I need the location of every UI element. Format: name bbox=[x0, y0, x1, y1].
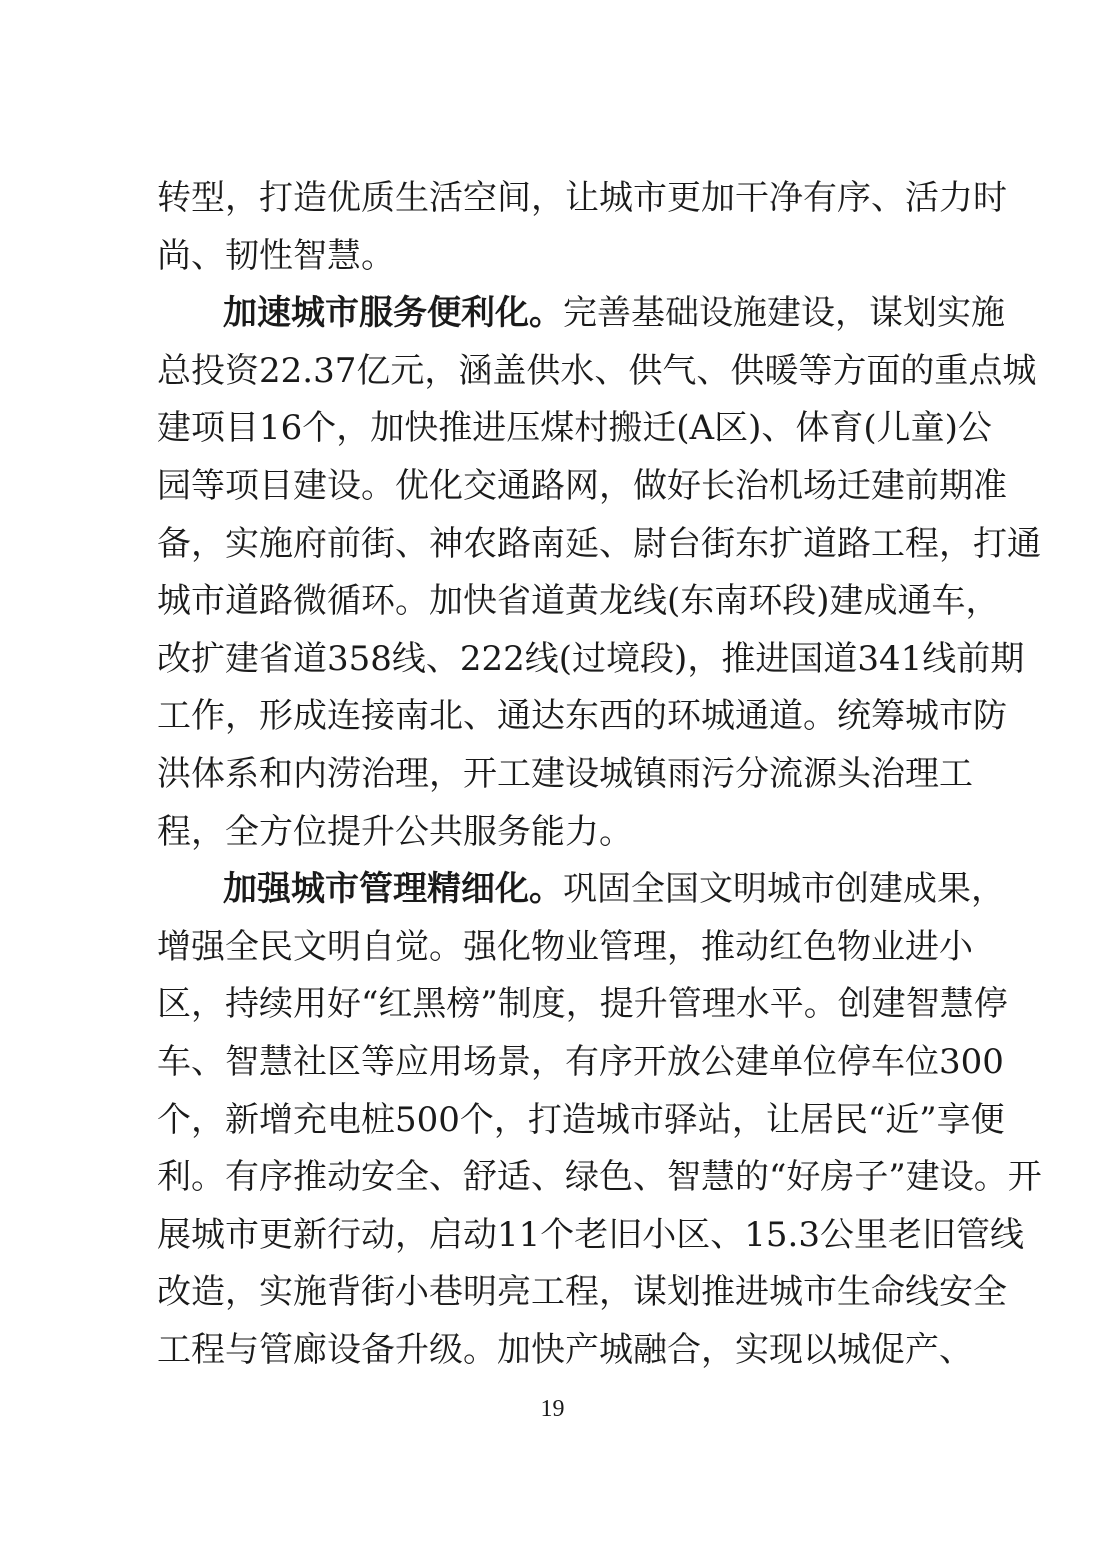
text-line: 工作，形成连接南北、通达东西的环城通道。统筹城市防 bbox=[157, 690, 949, 748]
text-span: 巩固全国文明城市创建成果， bbox=[563, 869, 1005, 909]
text-line: 备，实施府前街、神农路南延、尉台街东扩道路工程，打通 bbox=[157, 518, 949, 576]
paragraph-first-line: 加速城市服务便利化。完善基础设施建设，谋划实施 bbox=[157, 287, 949, 345]
text-line: 城市道路微循环。加快省道黄龙线(东南环段)建成通车， bbox=[157, 575, 949, 633]
text-line: 个，新增充电桩500个，打造城市驿站，让居民“近”享便 bbox=[157, 1094, 949, 1152]
text-line: 转型，打造优质生活空间，让城市更加干净有序、活力时 bbox=[157, 172, 949, 230]
text-line: 洪体系和内涝治理，开工建设城镇雨污分流源头治理工 bbox=[157, 748, 949, 806]
text-line: 区，持续用好“红黑榜”制度，提升管理水平。创建智慧停 bbox=[157, 978, 949, 1036]
text-line: 尚、韧性智慧。 bbox=[157, 230, 949, 288]
text-line: 展城市更新行动，启动11个老旧小区、15.3公里老旧管线 bbox=[157, 1209, 949, 1267]
paragraph-first-line: 加强城市管理精细化。巩固全国文明城市创建成果， bbox=[157, 863, 949, 921]
text-line: 改造，实施背街小巷明亮工程，谋划推进城市生命线安全 bbox=[157, 1266, 949, 1324]
paragraph-heading: 加速城市服务便利化。 bbox=[223, 293, 563, 333]
document-page: 转型，打造优质生活空间，让城市更加干净有序、活力时 尚、韧性智慧。 加速城市服务… bbox=[0, 0, 1105, 1550]
text-line: 车、智慧社区等应用场景，有序开放公建单位停车位300 bbox=[157, 1036, 949, 1094]
text-line: 工程与管廊设备升级。加快产城融合，实现以城促产、 bbox=[157, 1324, 949, 1382]
text-line: 建项目16个，加快推进压煤村搬迁(A区)、体育(儿童)公 bbox=[157, 402, 949, 460]
page-number: 19 bbox=[0, 1396, 1105, 1423]
text-line: 园等项目建设。优化交通路网，做好长治机场迁建前期准 bbox=[157, 460, 949, 518]
text-span: 完善基础设施建设，谋划实施 bbox=[563, 293, 1005, 333]
text-line: 增强全民文明自觉。强化物业管理，推动红色物业进小 bbox=[157, 921, 949, 979]
body-text: 转型，打造优质生活空间，让城市更加干净有序、活力时 尚、韧性智慧。 加速城市服务… bbox=[157, 172, 949, 1381]
text-line: 程，全方位提升公共服务能力。 bbox=[157, 806, 949, 864]
text-line: 总投资22.37亿元，涵盖供水、供气、供暖等方面的重点城 bbox=[157, 345, 949, 403]
text-line: 利。有序推动安全、舒适、绿色、智慧的“好房子”建设。开 bbox=[157, 1151, 949, 1209]
paragraph-heading: 加强城市管理精细化。 bbox=[223, 869, 563, 909]
text-line: 改扩建省道358线、222线(过境段)，推进国道341线前期 bbox=[157, 633, 949, 691]
